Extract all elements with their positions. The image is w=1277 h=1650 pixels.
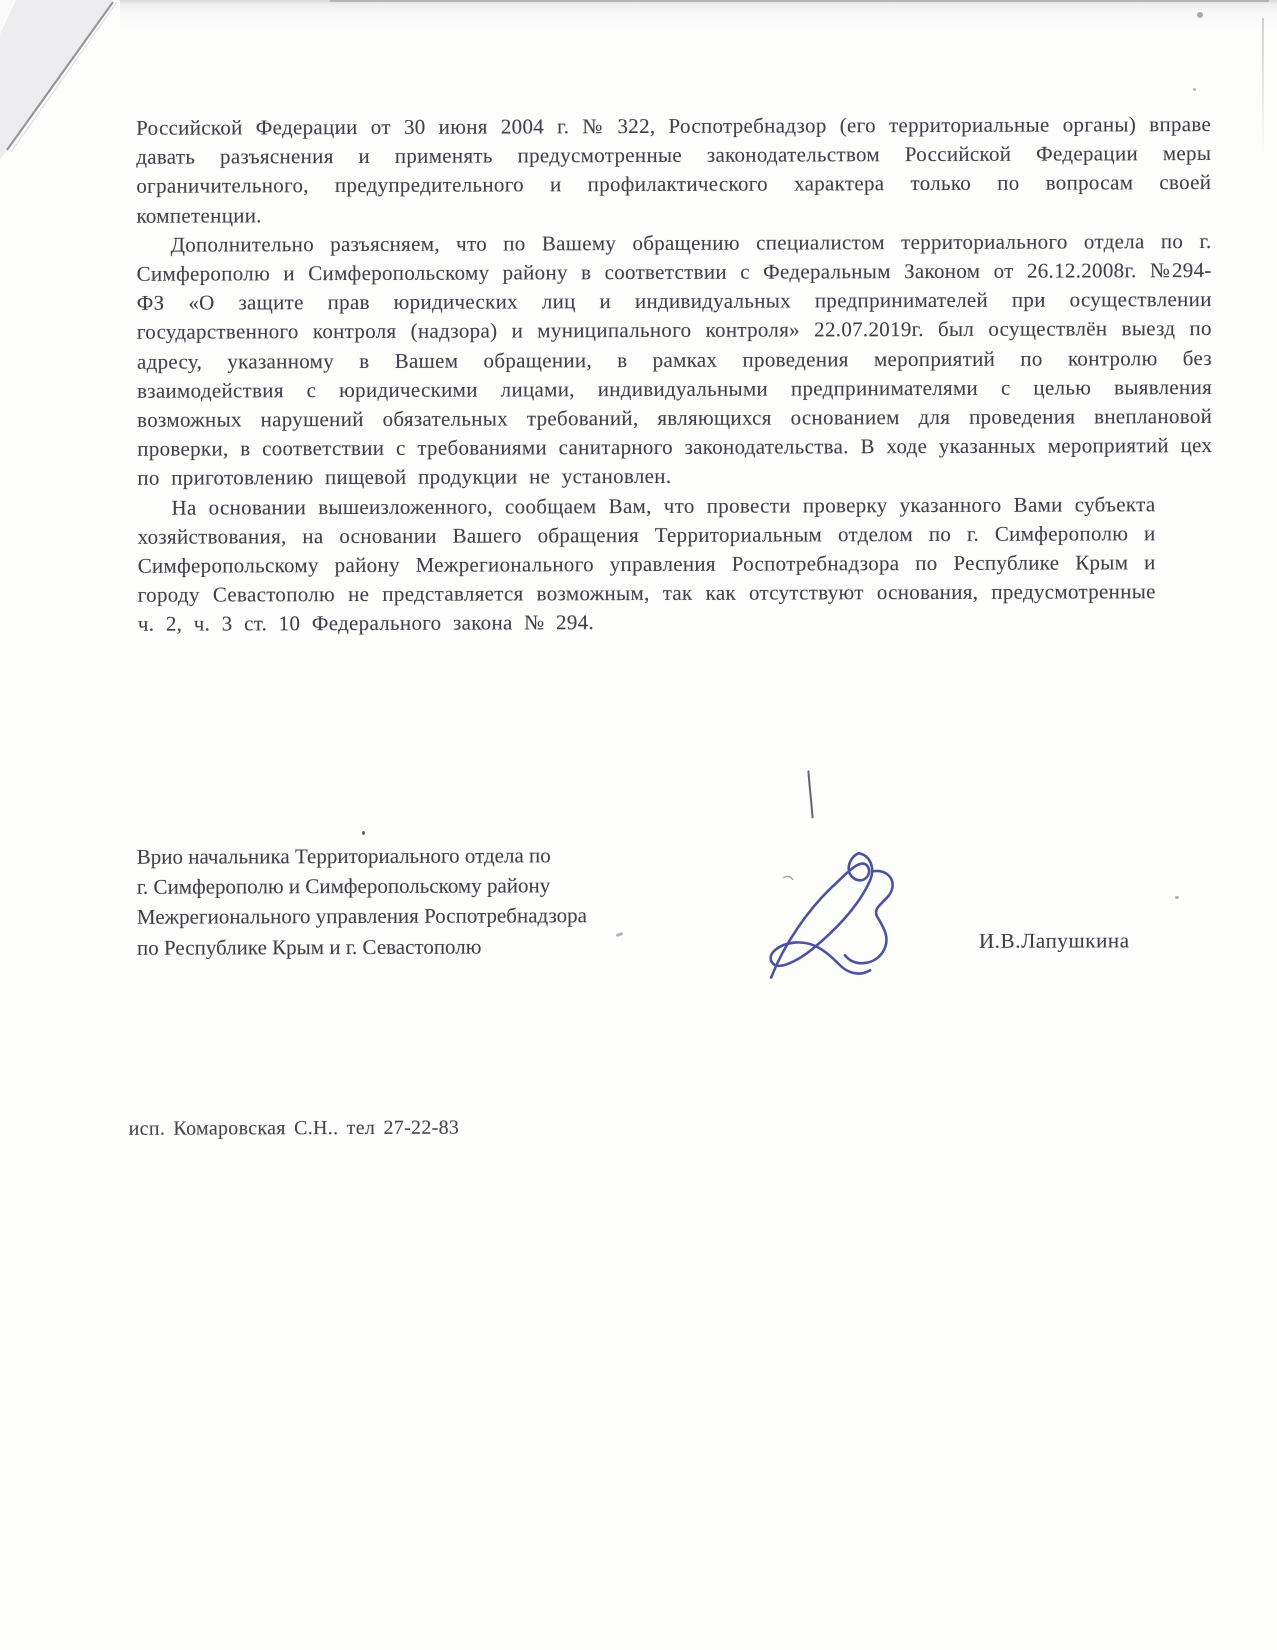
signatory-name: И.В.Лапушкина: [979, 928, 1130, 954]
paragraph-clarification: Дополнительно разъясняем, что по Вашему …: [136, 227, 1212, 494]
handwritten-signature-ink: [745, 759, 926, 1000]
signatory-title-line: г. Симферополю и Симферопольскому району: [137, 870, 697, 902]
letter-body: Российской Федерации от 30 июня 2004 г. …: [136, 110, 1213, 639]
executor-note: исп. Комаровская С.Н.. тел 27-22-83: [129, 1117, 460, 1141]
signatory-title-line: Врио начальника Территориального отдела …: [137, 840, 697, 872]
scanned-letter-page: Российской Федерации от 30 июня 2004 г. …: [0, 0, 1277, 1650]
signatory-title-block: Врио начальника Территориального отдела …: [137, 840, 697, 963]
signatory-title-line: Межрегионального управления Роспотребнад…: [137, 900, 697, 932]
paragraph-conclusion: На основании вышеизложенного, сообщаем В…: [137, 490, 1156, 640]
paragraph-continuation: Российской Федерации от 30 июня 2004 г. …: [136, 110, 1211, 231]
signatory-title-line: по Республике Крым и г. Севастополю: [137, 930, 697, 962]
